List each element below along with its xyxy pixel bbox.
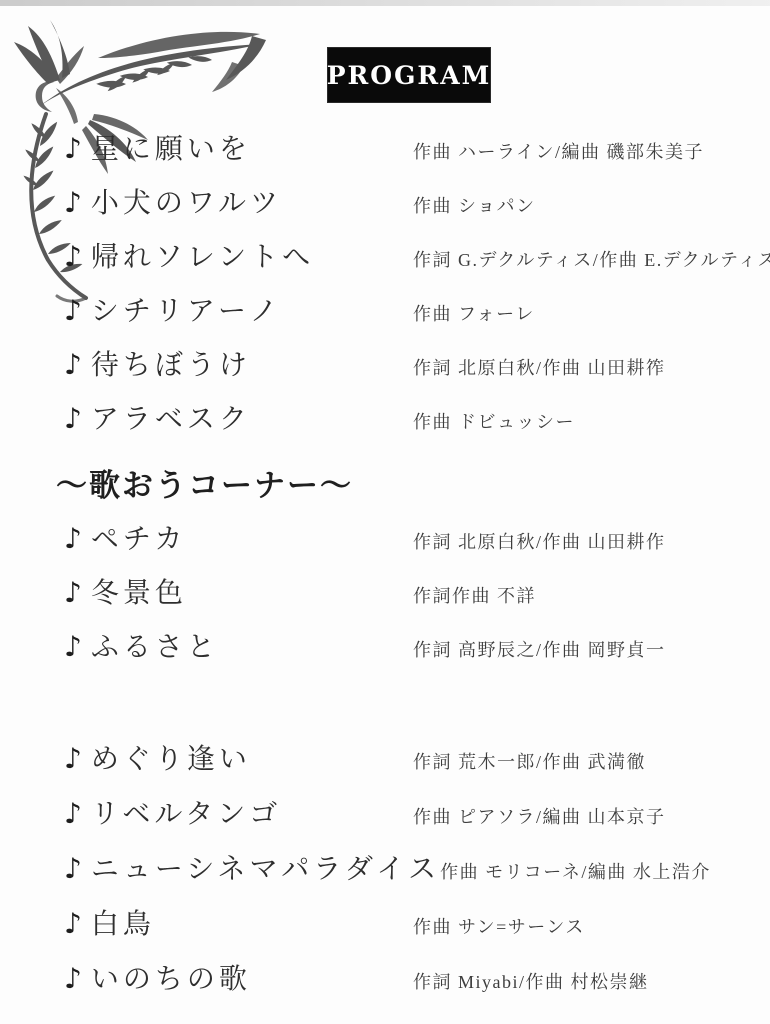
song-credit: 作曲 フォーレ [413, 300, 539, 326]
program-item: ♪ペチカ 作詞 北原白秋/作曲 山田耕作 [64, 515, 770, 569]
part-break [64, 677, 770, 735]
program-item: ♪待ちぼうけ 作詞 北原白秋/作曲 山田耕筰 [64, 341, 770, 395]
eighth-note-icon: ♪ [64, 243, 82, 271]
program-item: ♪冬景色 作詞作曲 不詳 [64, 569, 770, 623]
song-credit: 作詞 高野辰之/作曲 岡野貞一 [413, 636, 670, 662]
program-item: ♪アラベスク 作曲 ドビュッシー [64, 395, 770, 449]
song-title: 小犬のワルツ [91, 188, 282, 220]
program-banner: PROGRAM [328, 48, 490, 102]
song-credit: 作詞作曲 不詳 [413, 582, 540, 608]
song-credit: 作曲 サン=サーンス [413, 913, 589, 939]
song-title: 白鳥 [91, 909, 155, 941]
song-title: アラベスク [91, 404, 251, 436]
eighth-note-icon: ♪ [64, 351, 82, 379]
sing-corner-heading: ～歌おうコーナー～ [56, 449, 770, 515]
song-title: ニューシネマパラダイス [91, 854, 440, 886]
program-item: ♪リベルタンゴ 作曲 ピアソラ/編曲 山本京子 [64, 790, 770, 845]
eighth-note-icon: ♪ [64, 965, 82, 993]
song-credit: 作曲 モリコーネ/編曲 水上浩介 [440, 858, 715, 884]
song-title: 帰れソレントへ [91, 242, 314, 274]
eighth-note-icon: ♪ [64, 579, 82, 607]
program-item: ♪ニューシネマパラダイス 作曲 モリコーネ/編曲 水上浩介 [64, 845, 770, 900]
song-title: リベルタンゴ [91, 799, 281, 831]
eighth-note-icon: ♪ [64, 525, 82, 553]
song-credit: 作曲 ショパン [413, 192, 540, 218]
photo-top-edge [0, 0, 770, 6]
eighth-note-icon: ♪ [64, 633, 82, 661]
program-item: ♪シチリアーノ 作曲 フォーレ [64, 287, 770, 341]
program-banner-label: PROGRAM [327, 61, 492, 90]
program-item: ♪星に願いを 作曲 ハーライン/編曲 磯部朱美子 [64, 125, 770, 179]
song-credit: 作詞 G.デクルティス/作曲 E.デクルティス [413, 246, 770, 272]
eighth-note-icon: ♪ [64, 135, 82, 163]
eighth-note-icon: ♪ [64, 855, 82, 883]
song-title: ペチカ [91, 524, 186, 556]
song-title: シチリアーノ [91, 296, 282, 328]
song-title: 冬景色 [91, 578, 187, 610]
song-credit: 作詞 Miyabi/作曲 村松崇継 [413, 968, 653, 994]
program-list: ♪星に願いを 作曲 ハーライン/編曲 磯部朱美子 ♪小犬のワルツ 作曲 ショパン… [64, 125, 770, 1010]
eighth-note-icon: ♪ [64, 297, 82, 325]
eighth-note-icon: ♪ [64, 745, 82, 773]
eighth-note-icon: ♪ [64, 189, 82, 217]
song-title: 星に願いを [91, 134, 251, 166]
song-credit: 作曲 ドビュッシー [413, 408, 579, 434]
song-title: 待ちぼうけ [91, 350, 251, 382]
song-title: めぐり逢い [91, 744, 251, 776]
program-item: ♪ふるさと 作詞 高野辰之/作曲 岡野貞一 [64, 623, 770, 677]
program-item: ♪白鳥 作曲 サン=サーンス [64, 900, 770, 955]
song-credit: 作曲 ハーライン/編曲 磯部朱美子 [413, 138, 708, 164]
song-credit: 作詞 北原白秋/作曲 山田耕作 [413, 528, 670, 554]
eighth-note-icon: ♪ [64, 800, 82, 828]
eighth-note-icon: ♪ [64, 405, 82, 433]
program-item: ♪いのちの歌 作詞 Miyabi/作曲 村松崇継 [64, 955, 770, 1010]
program-item: ♪帰れソレントへ 作詞 G.デクルティス/作曲 E.デクルティス [64, 233, 770, 287]
program-item: ♪めぐり逢い 作詞 荒木一郎/作曲 武満徹 [64, 735, 770, 790]
program-item: ♪小犬のワルツ 作曲 ショパン [64, 179, 770, 233]
song-credit: 作詞 荒木一郎/作曲 武満徹 [413, 748, 650, 774]
song-title: ふるさと [91, 632, 219, 664]
song-credit: 作詞 北原白秋/作曲 山田耕筰 [413, 354, 670, 380]
song-title: いのちの歌 [91, 964, 251, 996]
song-credit: 作曲 ピアソラ/編曲 山本京子 [413, 803, 670, 829]
eighth-note-icon: ♪ [64, 910, 82, 938]
